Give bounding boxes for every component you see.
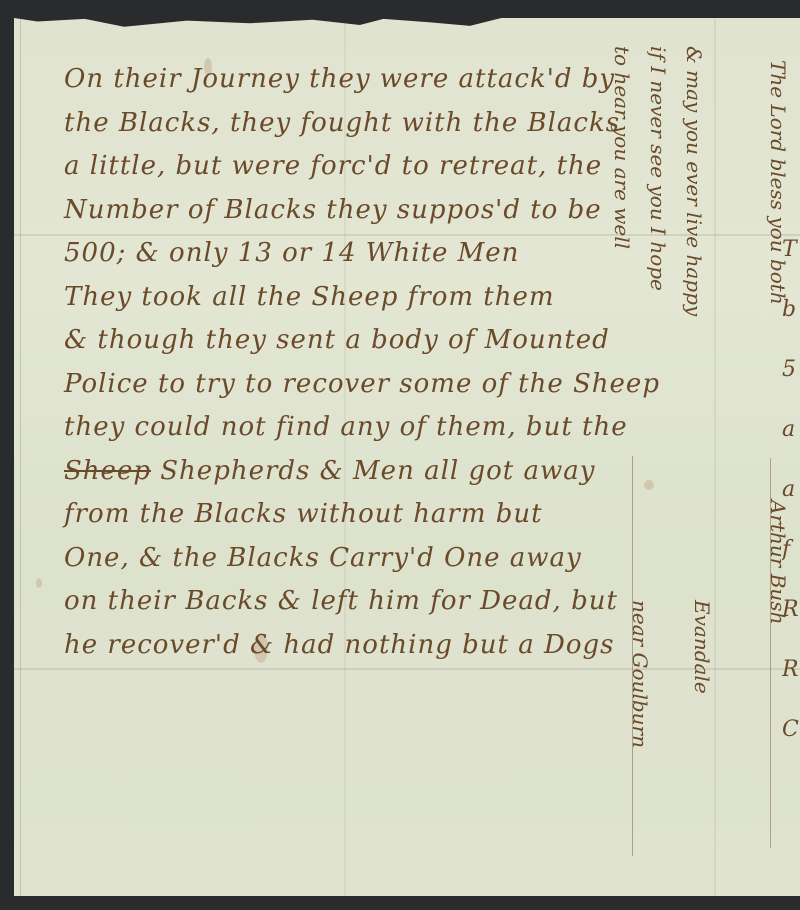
letter-line: & though they sent a body of Mounted — [64, 319, 704, 363]
letter-line: they could not find any of them, but the — [64, 406, 704, 450]
margin-note-vertical: Evandale — [690, 600, 714, 694]
letter-line: he recover'd & had nothing but a Dogs — [64, 624, 704, 668]
paper-edge-line — [20, 18, 21, 896]
struck-out-word: Sheep — [64, 456, 151, 486]
cut-off-edge-text: T b 5 a a f R R C — [782, 220, 800, 760]
edge-glyph: C — [782, 700, 800, 760]
edge-glyph: T — [782, 220, 800, 280]
letter-line: Police to try to recover some of the She… — [64, 363, 704, 407]
letter-line: On their Journey they were attack'd by — [64, 58, 704, 102]
edge-glyph: R — [782, 640, 800, 700]
letter-body: On their Journey they were attack'd by t… — [64, 58, 704, 667]
letter-line: One, & the Blacks Carry'd One away — [64, 537, 704, 581]
letter-line: a little, but were forc'd to retreat, th… — [64, 145, 704, 189]
vertical-fold-line — [714, 18, 716, 896]
margin-note-vertical: if I never see you I hope — [646, 46, 670, 291]
letter-line: They took all the Sheep from them — [64, 276, 704, 320]
edge-glyph: R — [782, 580, 800, 640]
edge-glyph: a — [782, 400, 800, 460]
letter-line: on their Backs & left him for Dead, but — [64, 580, 704, 624]
scanned-letter-page: On their Journey they were attack'd by t… — [0, 0, 800, 910]
letter-line: Number of Blacks they suppos'd to be — [64, 189, 704, 233]
letter-line: 500; & only 13 or 14 White Men — [64, 232, 704, 276]
margin-note-vertical: near Goulburn — [628, 600, 652, 748]
edge-glyph: a — [782, 460, 800, 520]
margin-note-vertical: & may you ever live happy — [682, 46, 706, 316]
horizontal-fold-line — [14, 668, 800, 670]
letter-line-rest: Shepherds & Men all got away — [151, 456, 595, 486]
margin-note-vertical: to hear you are well — [610, 46, 634, 249]
letter-line: from the Blacks without harm but — [64, 493, 704, 537]
letter-line-with-strikethrough: Sheep Shepherds & Men all got away — [64, 450, 704, 494]
edge-glyph: b — [782, 280, 800, 340]
ink-stain — [36, 578, 42, 588]
edge-glyph: 5 — [782, 340, 800, 400]
edge-glyph: f — [782, 520, 800, 580]
letter-line: the Blacks, they fought with the Blacks — [64, 102, 704, 146]
